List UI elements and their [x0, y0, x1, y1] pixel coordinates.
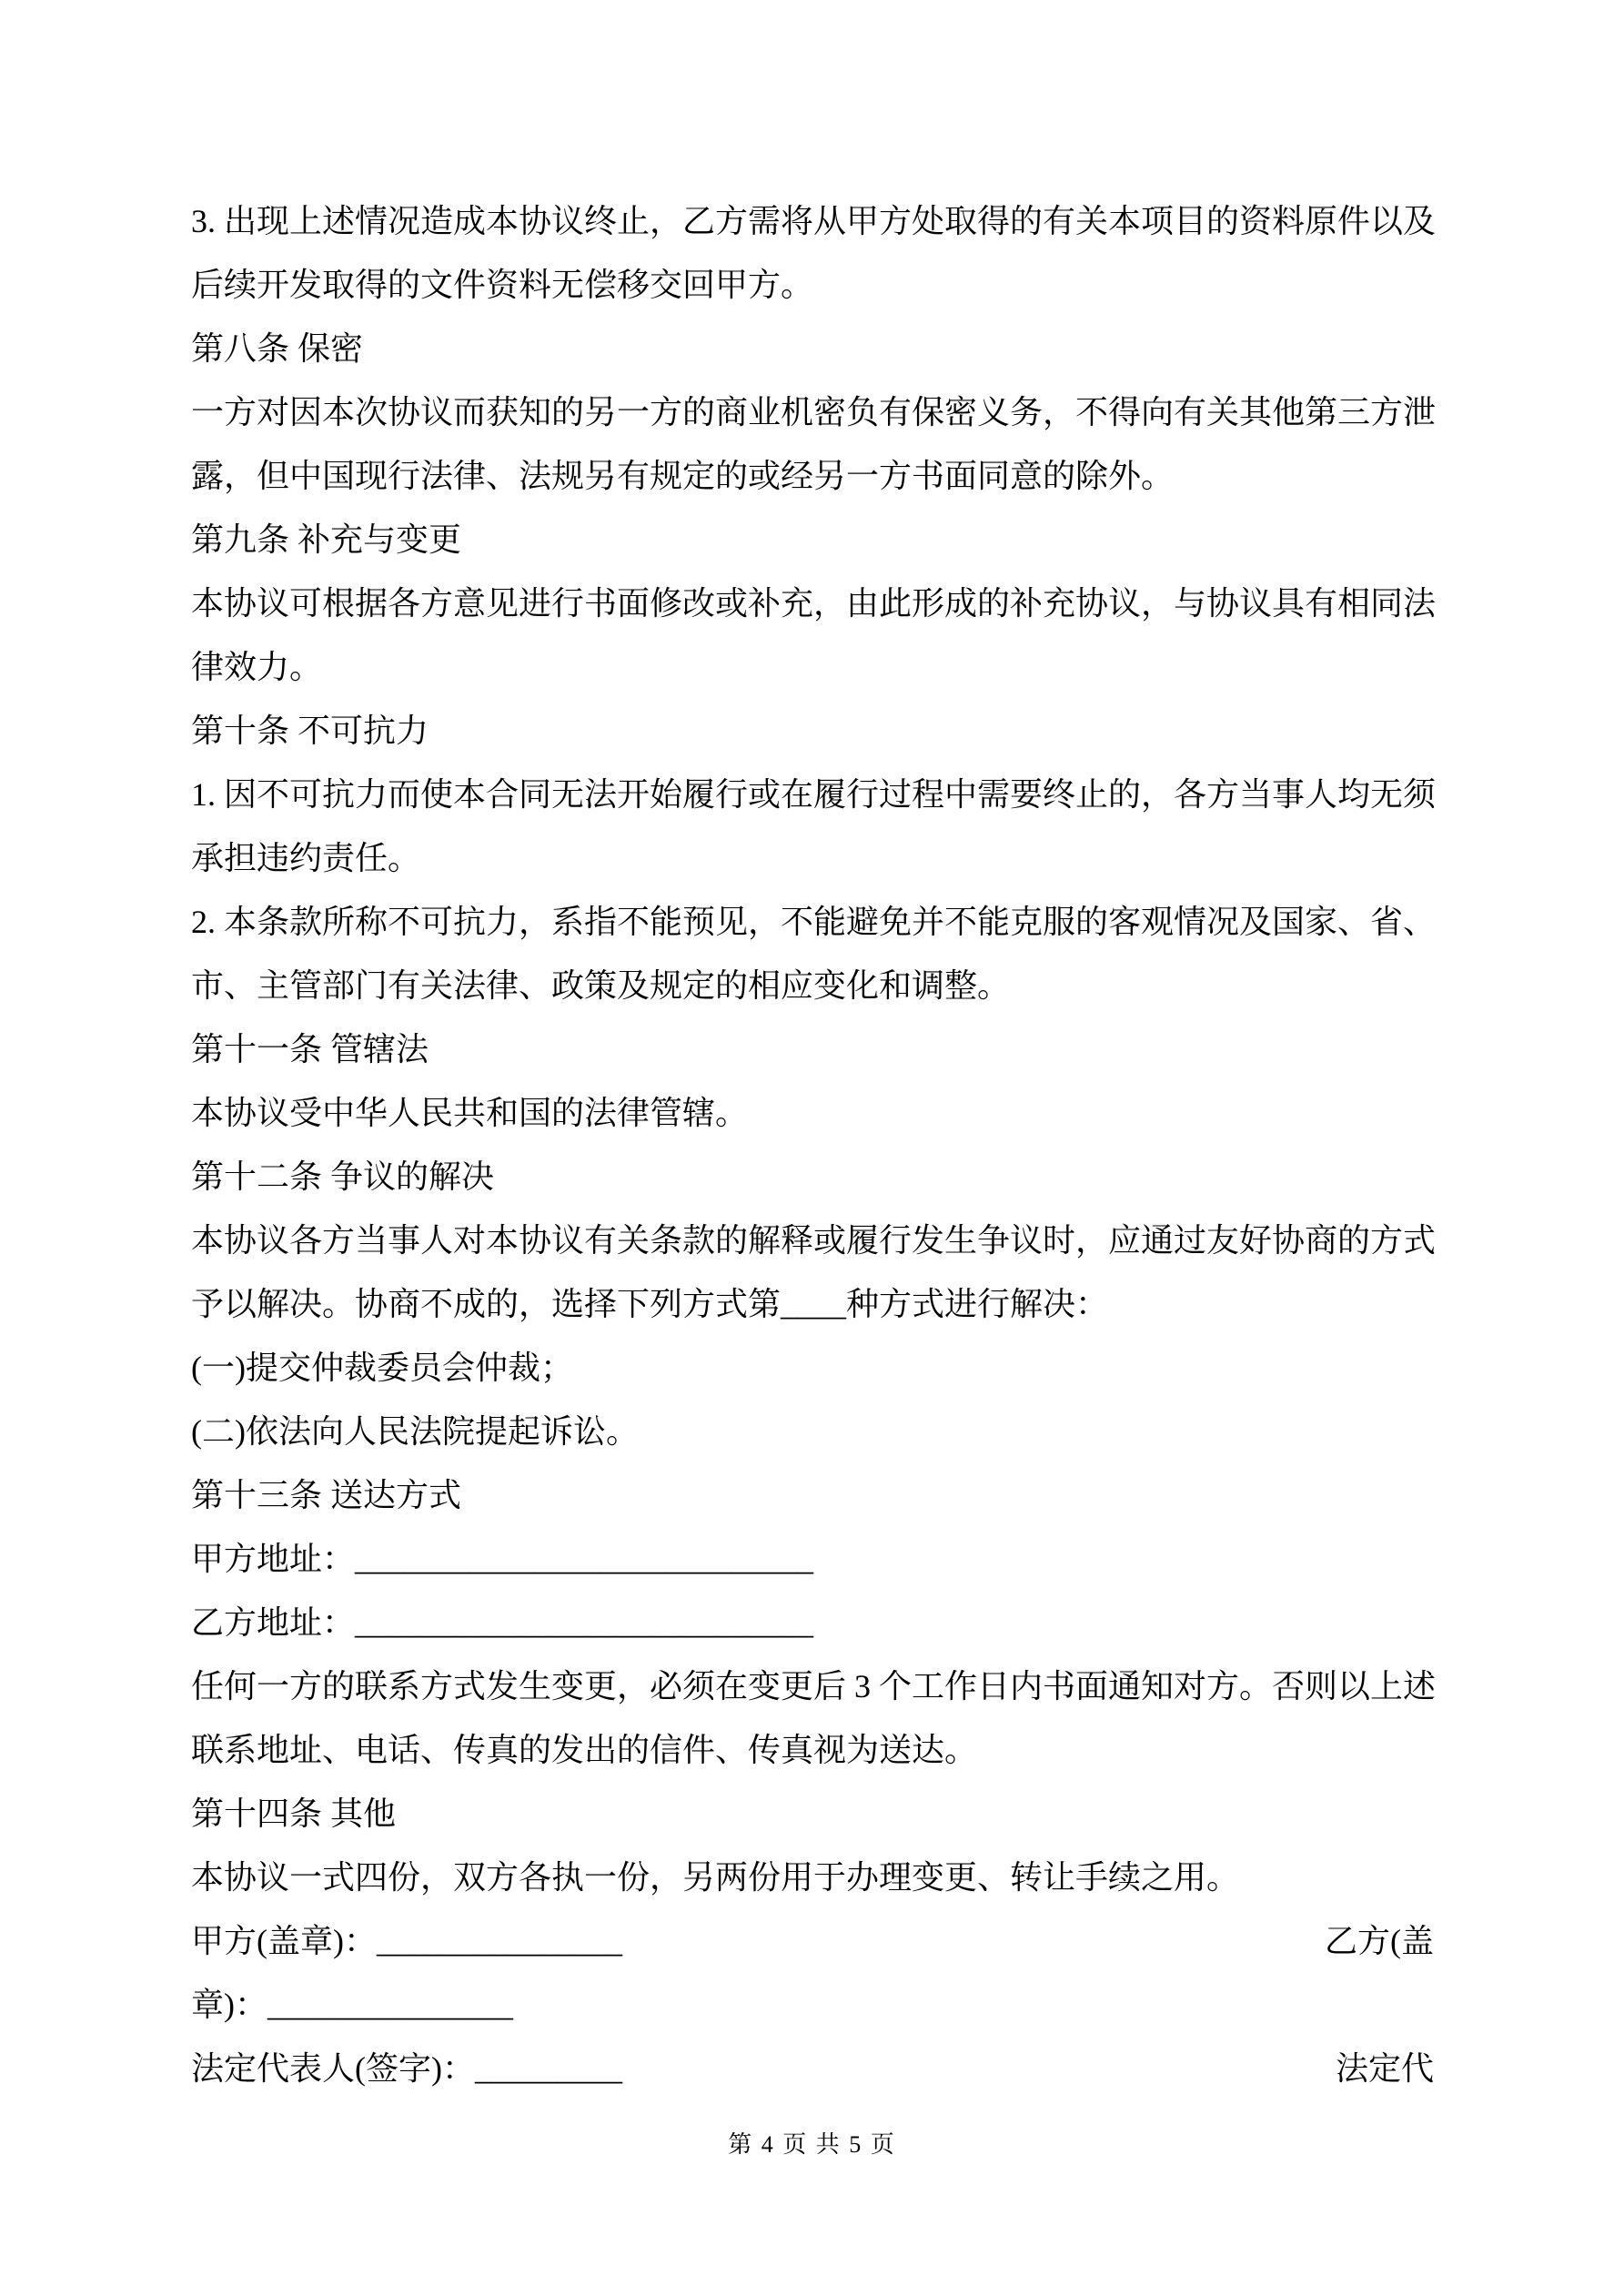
text-line-left: 本协议各方当事人对本协议有关条款的解释或履行发生争议时，应通过友好协商的方式	[191, 1209, 1436, 1272]
text-line-left: 章)：_______________	[191, 1973, 513, 2037]
text-line: 市、主管部门有关法律、政策及规定的相应变化和调整。	[191, 954, 1434, 1017]
text-line-left: 承担违约责任。	[191, 826, 420, 890]
text-line-left: (一)提交仲裁委员会仲裁；	[191, 1336, 573, 1400]
text-line-left: 1. 因不可抗力而使本合同无法开始履行或在履行过程中需要终止的，各方当事人均无须	[191, 763, 1436, 826]
text-line: 第十三条 送达方式	[191, 1463, 1434, 1527]
text-line: 第十一条 管辖法	[191, 1017, 1434, 1081]
text-line: 任何一方的联系方式发生变更，必须在变更后 3 个工作日内书面通知对方。否则以上述	[191, 1654, 1434, 1718]
text-line-left: 甲方地址：____________________________	[191, 1527, 813, 1591]
text-line-left: 第九条 补充与变更	[191, 508, 461, 571]
text-line: 法定代表人(签字)：_________法定代	[191, 2037, 1434, 2100]
text-line: 3. 出现上述情况造成本协议终止，乙方需将从甲方处取得的有关本项目的资料原件以及	[191, 189, 1434, 253]
text-line: 本协议可根据各方意见进行书面修改或补充，由此形成的补充协议，与协议具有相同法	[191, 571, 1434, 635]
text-line: 第十四条 其他	[191, 1782, 1434, 1846]
text-line: 第十条 不可抗力	[191, 699, 1434, 763]
text-line-left: 市、主管部门有关法律、政策及规定的相应变化和调整。	[191, 954, 1010, 1017]
text-line: 予以解决。协商不成的，选择下列方式第____种方式进行解决：	[191, 1272, 1434, 1336]
text-line: 本协议各方当事人对本协议有关条款的解释或履行发生争议时，应通过友好协商的方式	[191, 1209, 1434, 1272]
text-line-left: 一方对因本次协议而获知的另一方的商业机密负有保密义务，不得向有关其他第三方泄	[191, 380, 1436, 444]
text-line-left: 第十一条 管辖法	[191, 1017, 429, 1081]
text-line-left: 任何一方的联系方式发生变更，必须在变更后 3 个工作日内书面通知对方。否则以上述	[191, 1654, 1436, 1718]
contract-page: 3. 出现上述情况造成本协议终止，乙方需将从甲方处取得的有关本项目的资料原件以及…	[0, 0, 1624, 2296]
text-line: 第十二条 争议的解决	[191, 1145, 1434, 1209]
text-line: 2. 本条款所称不可抗力，系指不能预见，不能避免并不能克服的客观情况及国家、省、	[191, 890, 1434, 954]
text-line: 本协议一式四份，双方各执一份，另两份用于办理变更、转让手续之用。	[191, 1846, 1434, 1909]
text-line-left: 甲方(盖章)：_______________	[191, 1909, 622, 1973]
text-line-left: 本协议一式四份，双方各执一份，另两份用于办理变更、转让手续之用。	[191, 1846, 1239, 1909]
text-line-left: 本协议受中华人民共和国的法律管辖。	[191, 1081, 748, 1145]
contract-body: 3. 出现上述情况造成本协议终止，乙方需将从甲方处取得的有关本项目的资料原件以及…	[191, 189, 1434, 2100]
text-line-left: 法定代表人(签字)：_________	[191, 2037, 622, 2100]
text-line: 章)：_______________	[191, 1973, 1434, 2037]
text-line: 后续开发取得的文件资料无偿移交回甲方。	[191, 253, 1434, 317]
text-line: 甲方(盖章)：_______________乙方(盖	[191, 1909, 1434, 1973]
text-line: (二)依法向人民法院提起诉讼。	[191, 1400, 1434, 1463]
text-line-left: 第八条 保密	[191, 317, 363, 380]
text-line-left: 第十三条 送达方式	[191, 1463, 461, 1527]
text-line: 承担违约责任。	[191, 826, 1434, 890]
text-line: 律效力。	[191, 635, 1434, 699]
text-line: 第八条 保密	[191, 317, 1434, 380]
text-line-right: 法定代	[1336, 2037, 1434, 2100]
text-line-right: 乙方(盖	[1325, 1909, 1434, 1973]
text-line: 第九条 补充与变更	[191, 508, 1434, 571]
text-line: 一方对因本次协议而获知的另一方的商业机密负有保密义务，不得向有关其他第三方泄	[191, 380, 1434, 444]
text-line: 甲方地址：____________________________	[191, 1527, 1434, 1591]
text-line: 联系地址、电话、传真的发出的信件、传真视为送达。	[191, 1718, 1434, 1782]
text-line: 本协议受中华人民共和国的法律管辖。	[191, 1081, 1434, 1145]
text-line-left: 予以解决。协商不成的，选择下列方式第____种方式进行解决：	[191, 1272, 1108, 1336]
text-line-left: 2. 本条款所称不可抗力，系指不能预见，不能避免并不能克服的客观情况及国家、省、	[191, 890, 1436, 954]
text-line: 1. 因不可抗力而使本合同无法开始履行或在履行过程中需要终止的，各方当事人均无须	[191, 763, 1434, 826]
text-line-left: 乙方地址：____________________________	[191, 1591, 813, 1654]
text-line-left: 律效力。	[191, 635, 322, 699]
text-line-left: 露，但中国现行法律、法规另有规定的或经另一方书面同意的除外。	[191, 444, 1174, 508]
text-line-left: 3. 出现上述情况造成本协议终止，乙方需将从甲方处取得的有关本项目的资料原件以及	[191, 189, 1436, 253]
text-line: 露，但中国现行法律、法规另有规定的或经另一方书面同意的除外。	[191, 444, 1434, 508]
text-line-left: (二)依法向人民法院提起诉讼。	[191, 1400, 639, 1463]
page-number-footer: 第 4 页 共 5 页	[0, 2126, 1624, 2159]
text-line-left: 第十条 不可抗力	[191, 699, 429, 763]
text-line-left: 本协议可根据各方意见进行书面修改或补充，由此形成的补充协议，与协议具有相同法	[191, 571, 1436, 635]
text-line-left: 第十二条 争议的解决	[191, 1145, 494, 1209]
text-line-left: 第十四条 其他	[191, 1782, 396, 1846]
text-line: 乙方地址：____________________________	[191, 1591, 1434, 1654]
text-line-left: 后续开发取得的文件资料无偿移交回甲方。	[191, 253, 813, 317]
text-line-left: 联系地址、电话、传真的发出的信件、传真视为送达。	[191, 1718, 977, 1782]
text-line: (一)提交仲裁委员会仲裁；	[191, 1336, 1434, 1400]
